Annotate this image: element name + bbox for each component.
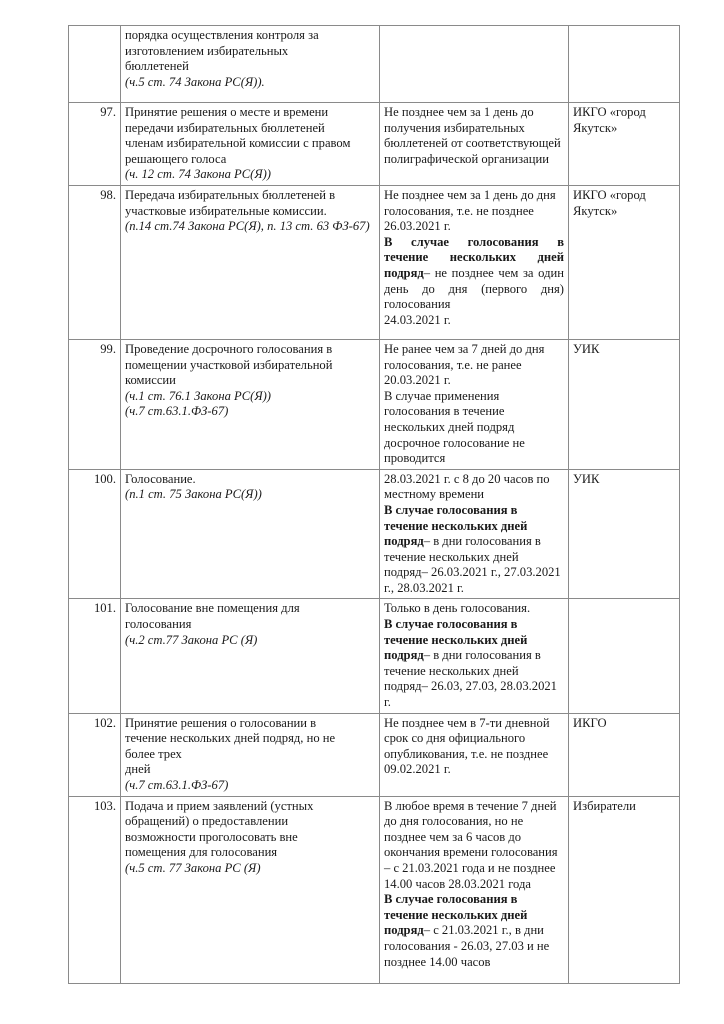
row-number-cell: 99. — [69, 339, 121, 469]
deadline-paragraph: В случае голосования в течение нескольки… — [384, 892, 564, 970]
event-text-line: комиссии — [125, 373, 375, 389]
deadline-paragraph: Не позднее чем за 1 день до получения из… — [384, 105, 564, 167]
deadline-paragraph: 28.03.2021 г. с 8 до 20 часов по местном… — [384, 472, 564, 503]
deadline-paragraph: 24.03.2021 г. — [384, 313, 564, 329]
law-reference: (ч.7 ст.63.1.ФЗ-67) — [125, 404, 375, 420]
event-cell: Проведение досрочного голосования впомещ… — [121, 339, 380, 469]
executor-cell: Избиратели — [569, 796, 680, 983]
event-text-line: членам избирательной комиссии с правом — [125, 136, 375, 152]
deadline-paragraph: Не позднее чем за 1 день до дня голосова… — [384, 188, 564, 235]
event-text-line: изготовлением избирательных — [125, 44, 375, 60]
table-row: 102.Принятие решения о голосовании втече… — [69, 713, 680, 796]
table-row: 98.Передача избирательных бюллетеней вуч… — [69, 185, 680, 339]
law-reference: (ч.5 ст. 74 Закона РС(Я)). — [125, 75, 375, 91]
event-text-line: голосования — [125, 617, 375, 633]
table-row: 97.Принятие решения о месте и временипер… — [69, 103, 680, 186]
event-text-line: передачи избирательных бюллетеней — [125, 121, 375, 137]
row-number-cell: 100. — [69, 469, 121, 599]
deadline-cell — [380, 26, 569, 103]
event-text-line: помещении участковой избирательной — [125, 358, 375, 374]
event-cell: Голосование вне помещения дляголосования… — [121, 599, 380, 713]
row-number-cell — [69, 26, 121, 103]
event-text-line: более трех — [125, 747, 375, 763]
deadline-cell: Не ранее чем за 7 дней до дня голосовани… — [380, 339, 569, 469]
row-number-cell: 102. — [69, 713, 121, 796]
row-number-cell: 103. — [69, 796, 121, 983]
event-cell: Принятие решения о месте и временипереда… — [121, 103, 380, 186]
law-reference: (ч.1 ст. 76.1 Закона РС(Я)) — [125, 389, 375, 405]
deadline-paragraph: В случае голосования в течение нескольки… — [384, 235, 564, 313]
event-cell: Подача и прием заявлений (устныхобращени… — [121, 796, 380, 983]
event-text-line: течение нескольких дней подряд, но не — [125, 731, 375, 747]
row-number-cell: 97. — [69, 103, 121, 186]
event-text-line: дней — [125, 762, 375, 778]
deadline-cell: 28.03.2021 г. с 8 до 20 часов по местном… — [380, 469, 569, 599]
event-text-line: решающего голоса — [125, 152, 375, 168]
law-reference: (п.14 ст.74 Закона РС(Я), п. 13 ст. 63 Ф… — [125, 219, 375, 235]
deadline-cell: Не позднее чем за 1 день до дня голосова… — [380, 185, 569, 339]
table-row: 101.Голосование вне помещения дляголосов… — [69, 599, 680, 713]
event-text-line: Принятие решения о месте и времени — [125, 105, 375, 121]
deadline-cell: Не позднее чем в 7-ти дневной срок со дн… — [380, 713, 569, 796]
deadline-paragraph: В любое время в течение 7 дней до дня го… — [384, 799, 564, 893]
table-row: порядка осуществления контроля заизготов… — [69, 26, 680, 103]
event-text-line: Передача избирательных бюллетеней в — [125, 188, 375, 204]
row-number-cell: 98. — [69, 185, 121, 339]
event-text-line: помещения для голосования — [125, 845, 375, 861]
executor-cell: ИКГО «город Якутск» — [569, 103, 680, 186]
deadline-paragraph: Не ранее чем за 7 дней до дня голосовани… — [384, 342, 564, 389]
event-cell: Передача избирательных бюллетеней вучаст… — [121, 185, 380, 339]
deadline-cell: Только в день голосования.В случае голос… — [380, 599, 569, 713]
event-cell: порядка осуществления контроля заизготов… — [121, 26, 380, 103]
law-reference: (ч.7 ст.63.1.ФЗ-67) — [125, 778, 375, 794]
deadline-paragraph: В случае голосования в течение нескольки… — [384, 503, 564, 597]
event-text-line: Принятие решения о голосовании в — [125, 716, 375, 732]
deadline-paragraph: Только в день голосования. — [384, 601, 564, 617]
law-reference: (ч. 12 ст. 74 Закона РС(Я)) — [125, 167, 375, 183]
election-schedule-table: порядка осуществления контроля заизготов… — [68, 25, 680, 984]
deadline-paragraph: В случае применения голосования в течени… — [384, 389, 564, 467]
event-cell: Принятие решения о голосовании втечение … — [121, 713, 380, 796]
event-text-line: обращений) о предоставлении — [125, 814, 375, 830]
event-text-line: бюллетеней — [125, 59, 375, 75]
event-text-line: порядка осуществления контроля за — [125, 28, 375, 44]
deadline-cell: В любое время в течение 7 дней до дня го… — [380, 796, 569, 983]
deadline-cell: Не позднее чем за 1 день до получения из… — [380, 103, 569, 186]
executor-cell — [569, 26, 680, 103]
deadline-paragraph: Не позднее чем в 7-ти дневной срок со дн… — [384, 716, 564, 778]
event-text-line: Голосование вне помещения для — [125, 601, 375, 617]
table-row: 99.Проведение досрочного голосования впо… — [69, 339, 680, 469]
executor-cell: ИКГО «город Якутск» — [569, 185, 680, 339]
event-text-line: Голосование. — [125, 472, 375, 488]
deadline-paragraph: В случае голосования в течение нескольки… — [384, 617, 564, 711]
table-row: 100.Голосование.(п.1 ст. 75 Закона РС(Я)… — [69, 469, 680, 599]
law-reference: (ч.5 ст. 77 Закона РС (Я) — [125, 861, 375, 877]
law-reference: (ч.2 ст.77 Закона РС (Я) — [125, 633, 375, 649]
event-text-line: Проведение досрочного голосования в — [125, 342, 375, 358]
executor-cell: УИК — [569, 339, 680, 469]
table-row: 103.Подача и прием заявлений (устныхобра… — [69, 796, 680, 983]
event-text-line: участковые избирательные комиссии. — [125, 204, 375, 220]
table-body: порядка осуществления контроля заизготов… — [69, 26, 680, 984]
event-text-line: возможности проголосовать вне — [125, 830, 375, 846]
event-text-line: Подача и прием заявлений (устных — [125, 799, 375, 815]
executor-cell: УИК — [569, 469, 680, 599]
row-number-cell: 101. — [69, 599, 121, 713]
event-cell: Голосование.(п.1 ст. 75 Закона РС(Я)) — [121, 469, 380, 599]
executor-cell: ИКГО — [569, 713, 680, 796]
law-reference: (п.1 ст. 75 Закона РС(Я)) — [125, 487, 375, 503]
executor-cell — [569, 599, 680, 713]
